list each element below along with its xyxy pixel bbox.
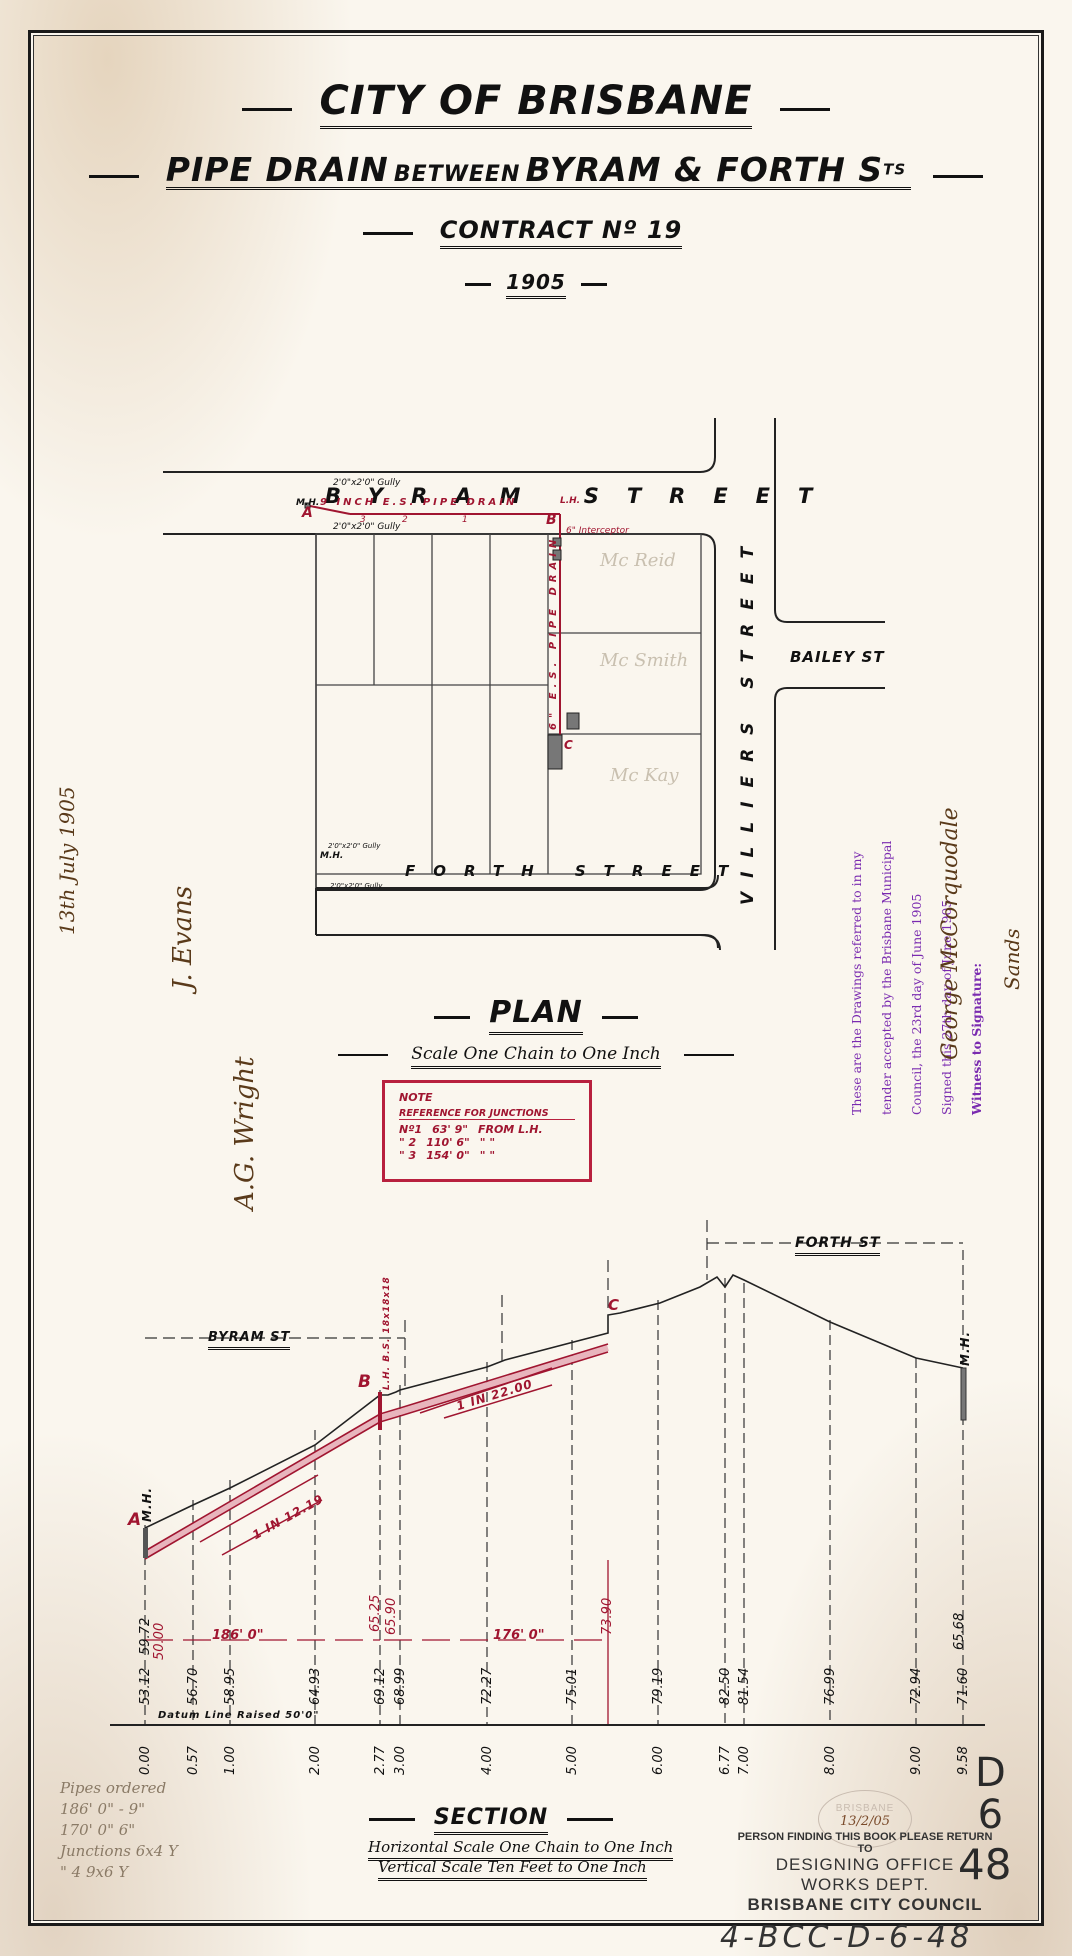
chainage-tick: 8.00 [823, 1746, 838, 1775]
chainage-tick: 4.00 [480, 1746, 495, 1775]
section-point-c: C [608, 1296, 620, 1314]
pipes-ordered-line: " 4 9x6 Y [60, 1862, 178, 1883]
surface-level: 68.99 [393, 1668, 408, 1705]
chainage-tick: 0.57 [186, 1746, 201, 1775]
surface-level: 53.12 [138, 1668, 153, 1705]
chainage-tick: 0.00 [138, 1746, 153, 1775]
section-lamphole-label: L.H. B.S. 18x18x18 [382, 1276, 392, 1390]
pipes-ordered-line: Junctions 6x4 Y [60, 1841, 178, 1862]
surface-level: 64.93 [308, 1668, 323, 1705]
surface-level: 75.01 [565, 1668, 580, 1705]
length-1-label: 186' 0" [212, 1628, 263, 1643]
surface-level: 72.94 [909, 1668, 924, 1705]
surface-level-a: 59.72 [138, 1618, 153, 1655]
corner-ref-sheet: 48 [958, 1840, 1011, 1889]
corner-ref-number: 6 [975, 1794, 1006, 1836]
invert-level-c: 73.90 [600, 1598, 615, 1635]
section-profile [0, 0, 1072, 1956]
length-2-label: 176' 0" [493, 1628, 544, 1643]
chainage-tick: 6.77 [718, 1746, 733, 1775]
return-stamp-line-3: BRISBANE CITY COUNCIL [730, 1895, 1000, 1915]
archive-reference: 4-BCC-D-6-48 [720, 1920, 973, 1955]
chainage-tick: 1.00 [223, 1746, 238, 1775]
pipes-ordered-title: Pipes ordered [60, 1778, 178, 1799]
section-heading: SECTION [434, 1805, 548, 1835]
invert-level-a: 50.00 [152, 1623, 167, 1660]
chainage-tick: 2.77 [373, 1746, 388, 1775]
surface-level: 82.50 [718, 1668, 733, 1705]
section-dash-right [567, 1818, 613, 1821]
datum-label: Datum Line Raised 50'0" [158, 1710, 319, 1721]
section-dash-left [369, 1818, 415, 1821]
surface-level: 71.60 [956, 1668, 971, 1705]
received-stamp-text: BRISBANE [819, 1803, 911, 1814]
surface-level: 58.95 [223, 1668, 238, 1705]
chainage-tick: 3.00 [393, 1746, 408, 1775]
surface-level: 76.99 [823, 1668, 838, 1705]
received-stamp-date: 13/2/05 [819, 1814, 911, 1829]
surface-level: 81.54 [737, 1668, 752, 1705]
pipes-ordered-line: 170' 0" 6" [60, 1820, 178, 1841]
pipes-ordered-line: 186' 0" - 9" [60, 1799, 178, 1820]
chainage-tick: 6.00 [651, 1746, 666, 1775]
invert-level-b2: 65.90 [384, 1598, 399, 1635]
surface-level: 72.27 [480, 1668, 495, 1705]
extra-level-end: 65.68 [952, 1613, 967, 1650]
corner-ref-letter: D [975, 1752, 1006, 1794]
surface-level: 56.70 [186, 1668, 201, 1705]
surface-level: 79.19 [651, 1668, 666, 1705]
chainage-tick: 2.00 [308, 1746, 323, 1775]
chainage-tick: 9.00 [909, 1746, 924, 1775]
chainage-tick: 9.58 [956, 1746, 971, 1775]
section-mh-a: M.H. [140, 1487, 154, 1522]
surface-level: 69.12 [373, 1668, 388, 1705]
corner-reference: D 6 [975, 1752, 1006, 1836]
chainage-tick: 7.00 [737, 1746, 752, 1775]
section-v-scale: Vertical Scale Ten Feet to One Inch [378, 1858, 647, 1881]
section-forth-label: FORTH ST [795, 1235, 880, 1256]
chainage-tick: 5.00 [565, 1746, 580, 1775]
invert-level-b1: 65.25 [368, 1595, 383, 1632]
section-point-b: B [358, 1372, 372, 1392]
section-byram-label: BYRAM ST [208, 1330, 290, 1350]
pipes-ordered-note: Pipes ordered 186' 0" - 9" 170' 0" 6" Ju… [60, 1778, 178, 1883]
section-mh-end: M.H. [958, 1331, 972, 1366]
